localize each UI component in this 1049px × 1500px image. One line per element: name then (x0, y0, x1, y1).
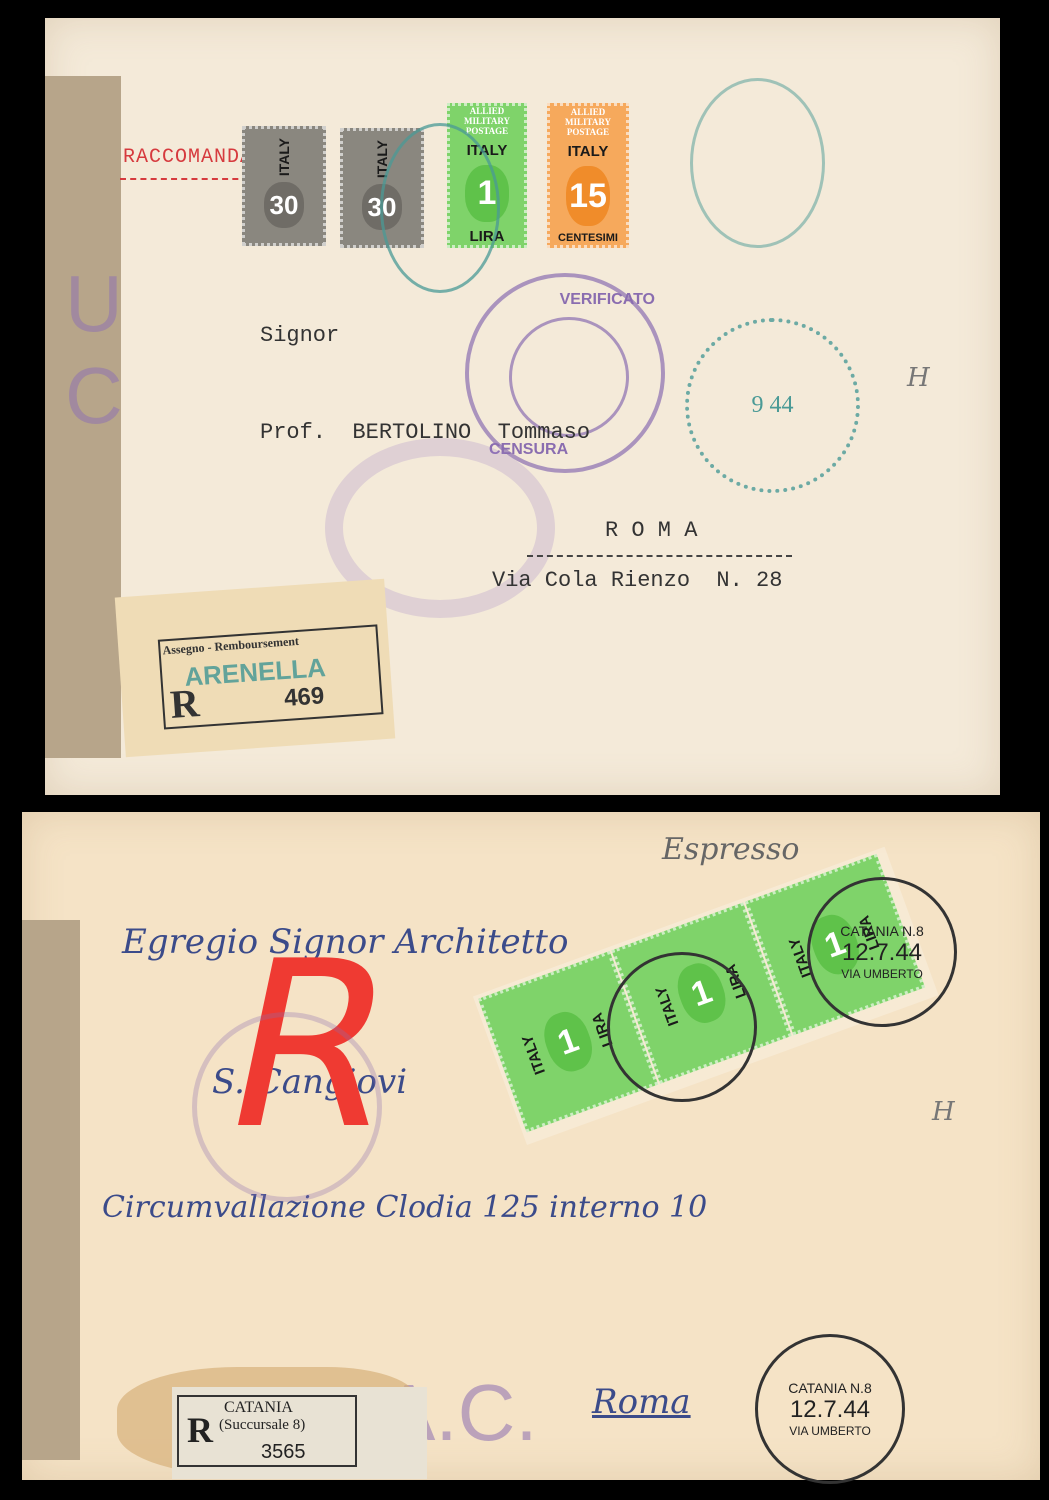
address-city: Roma (592, 1382, 691, 1422)
censor-mark-faint (192, 1012, 382, 1202)
postmark: CATANIA N.8 12.7.44 VIA UMBERTO (755, 1334, 905, 1484)
censor-text-top: VERIFICATO (560, 291, 655, 309)
postmark: 9 44 (685, 318, 860, 493)
registration-number: 469 (283, 682, 325, 713)
registration-frame: R CATANIA (Succursale 8) 3565 (177, 1395, 357, 1467)
registration-label: Assegno - Remboursement ARENELLA R 469 (115, 579, 396, 757)
address-name: Prof. BERTOLINO Tommaso (260, 420, 590, 445)
service-marking: Espresso (662, 832, 799, 867)
postmark-street: VIA UMBERTO (841, 967, 923, 981)
postmark-city: CATANIA N.8 (840, 923, 924, 939)
stamp-country: ITALY (568, 143, 609, 160)
postmark (690, 78, 825, 248)
postmark (607, 952, 757, 1102)
stamp-header: ALLIED MILITARY POSTAGE (550, 107, 626, 137)
address-line3: Circumvallazione Clodia 125 interno 10 (102, 1190, 707, 1225)
stamp-country: ITALY (276, 138, 292, 176)
address-salutation: Signor (260, 323, 339, 348)
stamp-15c: ALLIED MILITARY POSTAGE ITALY 15 CENTESI… (547, 103, 629, 248)
postmark-date: 12.7.44 (842, 939, 922, 967)
registration-label: R CATANIA (Succursale 8) 3565 (172, 1387, 427, 1479)
address-city: R O M A (605, 518, 697, 543)
city-underline (527, 555, 792, 557)
registration-letter: R (187, 1409, 213, 1451)
postmark (380, 123, 500, 293)
registration-branch: (Succursale 8) (219, 1417, 305, 1434)
cover-top: UC RACCOMANDATA ITALY 30 ITALY 30 ALLIED… (45, 18, 1000, 795)
stamp-30c-1: ITALY 30 (242, 126, 326, 246)
censor-tape-mark: UC (65, 258, 123, 442)
registration-letter: R (169, 679, 201, 728)
address-street: Via Cola Rienzo N. 28 (492, 568, 782, 593)
stamp-value: 30 (264, 182, 304, 228)
postmark-city: CATANIA N.8 (788, 1380, 872, 1396)
cover-bottom: Espresso Egregio Signor Architetto S. Ca… (22, 812, 1040, 1480)
postmark: CATANIA N.8 12.7.44 VIA UMBERTO (807, 877, 957, 1027)
registration-frame: Assegno - Remboursement ARENELLA R 469 (158, 624, 384, 729)
registration-office: CATANIA (224, 1399, 293, 1417)
postmark-date: 9 44 (752, 392, 794, 419)
stamp-value: 15 (566, 166, 610, 226)
censor-inner-ring (509, 317, 629, 437)
registration-number: 3565 (261, 1441, 306, 1464)
postmark-street: VIA UMBERTO (789, 1424, 871, 1438)
stamp-unit: CENTESIMI (558, 232, 618, 244)
censor-tape (22, 920, 80, 1460)
postmark-date: 12.7.44 (790, 1396, 870, 1424)
pencil-mark: H (907, 363, 930, 393)
pencil-mark: H (932, 1097, 955, 1127)
